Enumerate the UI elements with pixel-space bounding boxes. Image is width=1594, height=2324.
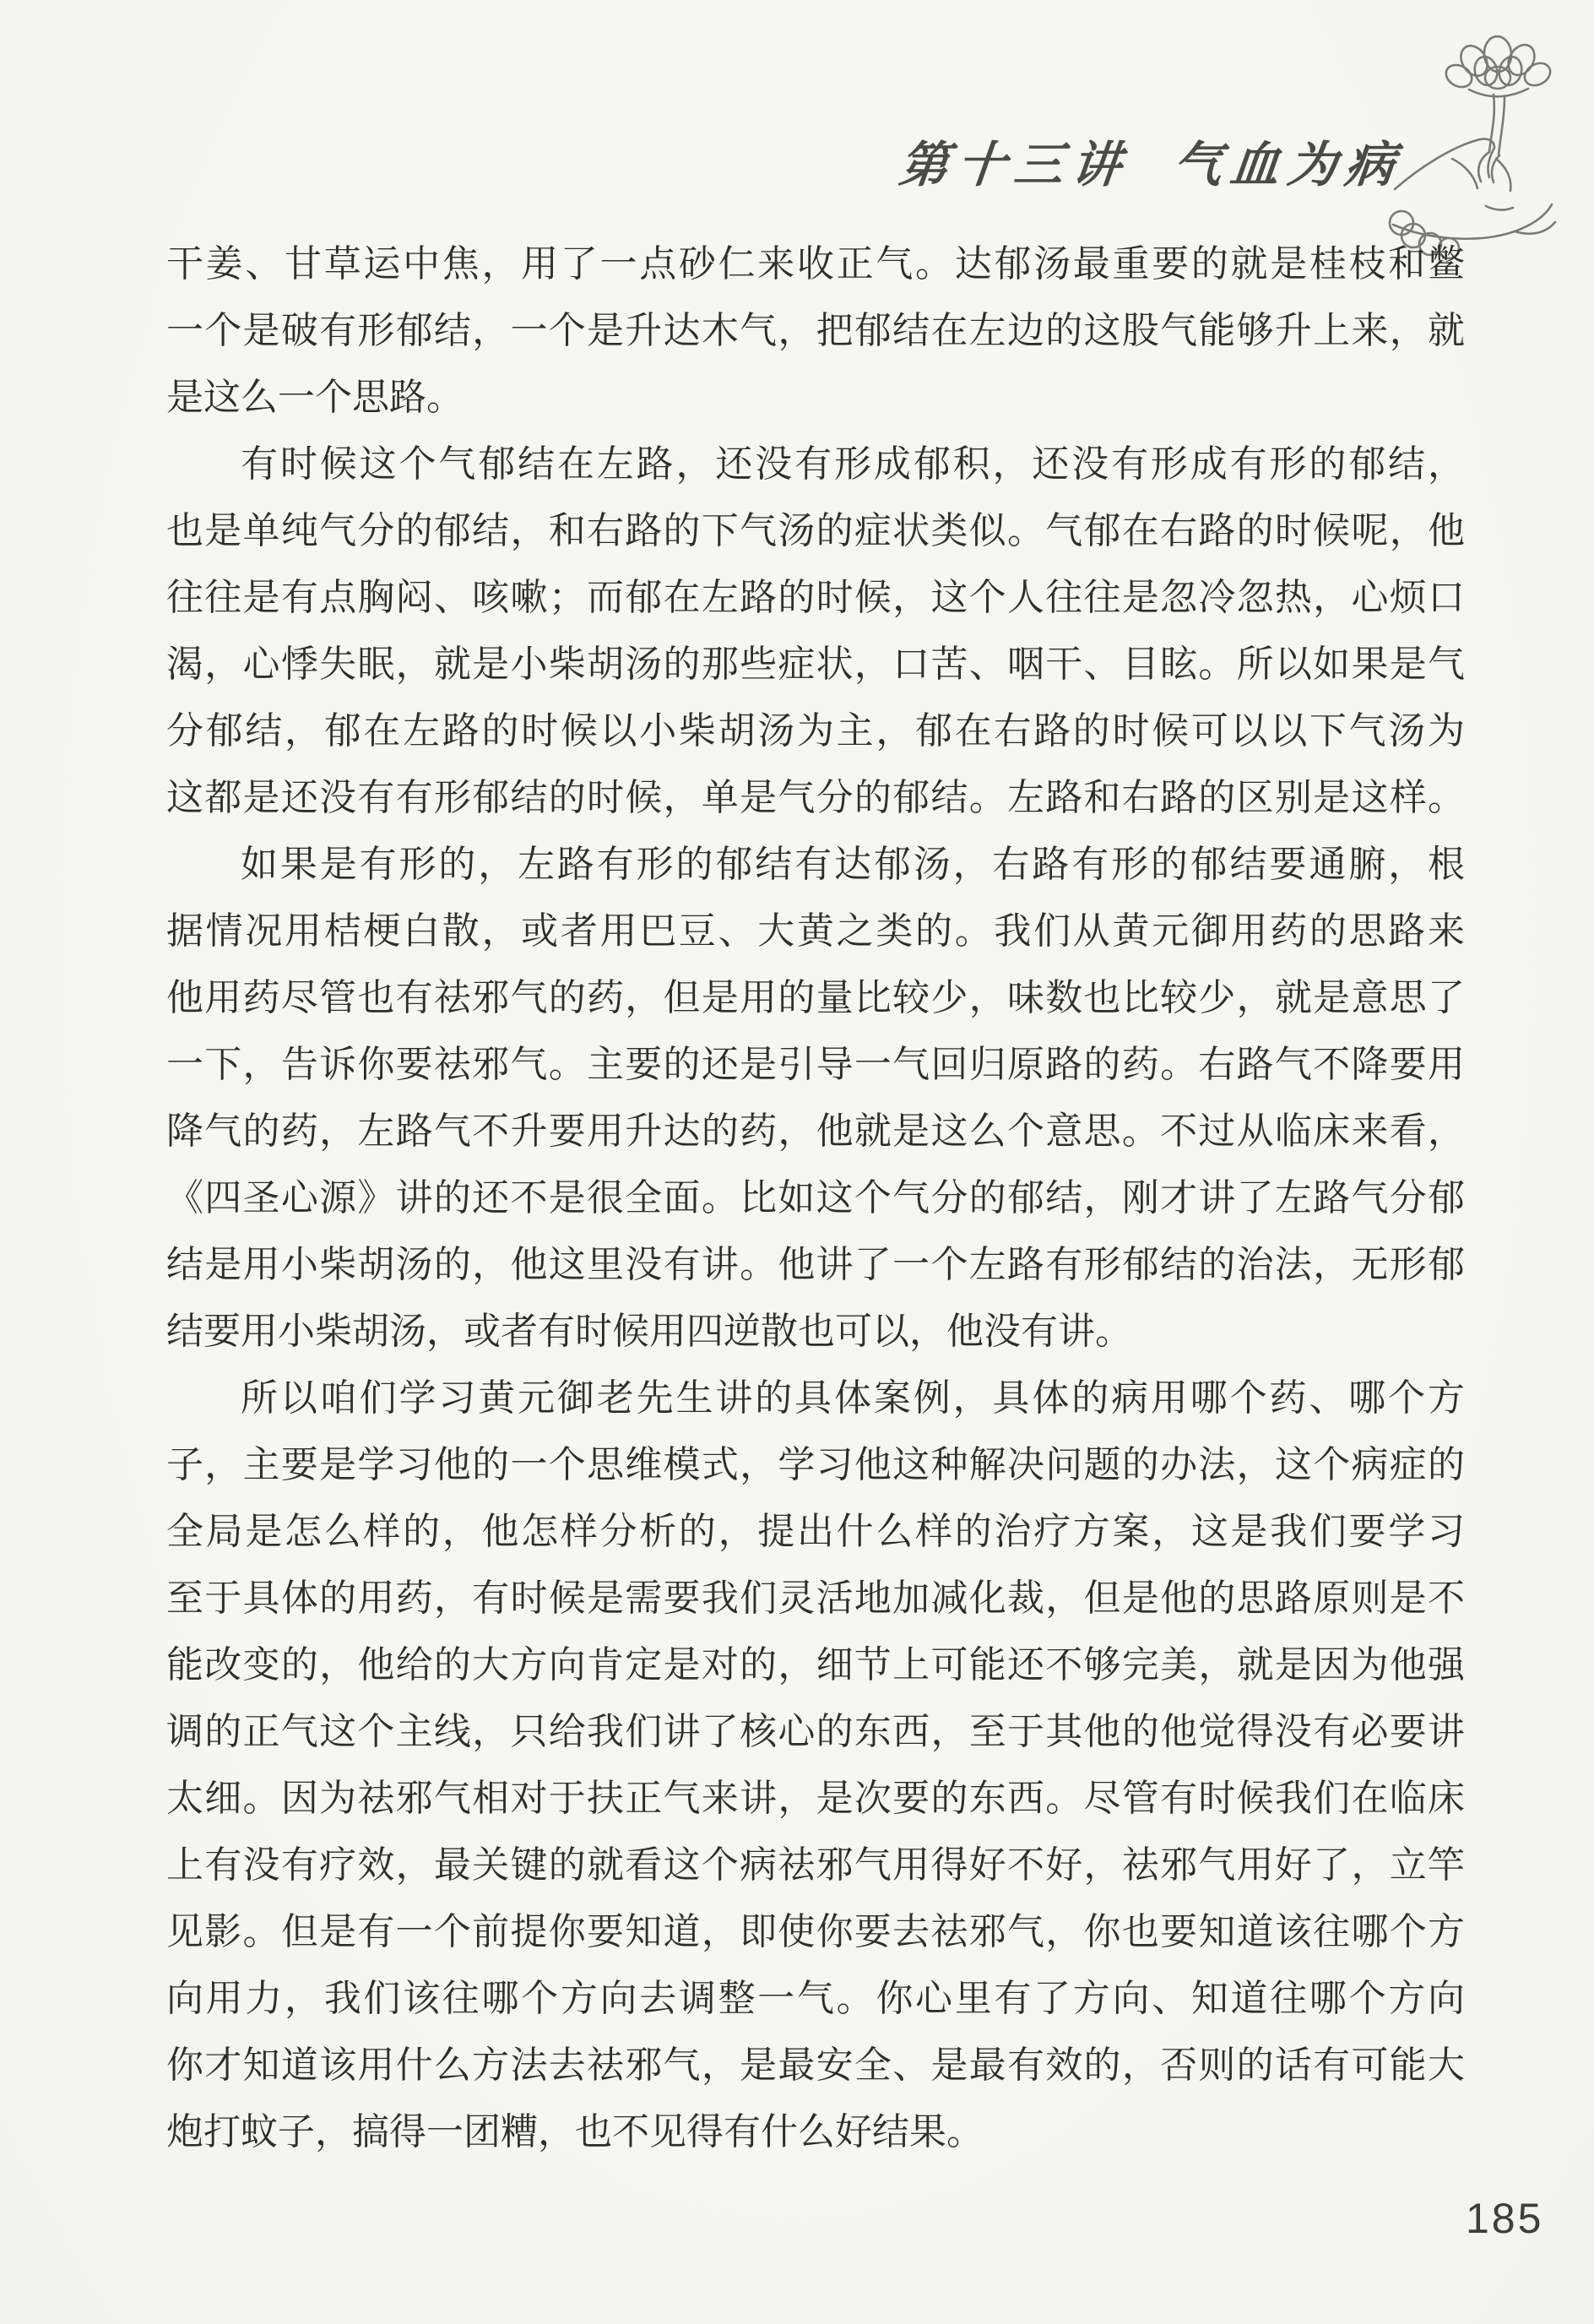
text-line: 一下，告诉你要祛邪气。主要的还是引导一气回归原路的药。右路气不降要用 <box>166 1031 1465 1098</box>
text-line: 结要用小柴胡汤，或者有时候用四逆散也可以，他没有讲。 <box>166 1298 1465 1365</box>
text-line: 是这么一个思路。 <box>166 364 1465 431</box>
text-line: 炮打蚊子，搞得一团糟，也不见得有什么好结果。 <box>166 2099 1465 2165</box>
text-line: 他用药尽管也有祛邪气的药，但是用的量比较少，味数也比较少，就是意思了 <box>166 964 1465 1031</box>
chapter-number-label: 第十三讲 <box>897 138 1132 193</box>
text-line: 至于具体的用药，有时候是需要我们灵活地加减化裁，但是他的思路原则是不 <box>166 1565 1465 1632</box>
text-line: 降气的药，左路气不升要用升达的药，他就是这么个意思。不过从临床来看， <box>166 1098 1465 1165</box>
text-line: 也是单纯气分的郁结，和右路的下气汤的症状类似。气郁在右路的时候呢，他 <box>166 497 1465 564</box>
lotus-flower-icon <box>1442 35 1554 96</box>
chapter-title: 气血为病 <box>1170 138 1406 193</box>
text-line: 据情况用桔梗白散，或者用巴豆、大黄之类的。我们从黄元御用药的思路来看， <box>166 898 1465 964</box>
text-line: 这都是还没有有形郁结的时候，单是气分的郁结。左路和右路的区别是这样。 <box>166 764 1465 831</box>
text-line: 结是用小柴胡汤的，他这里没有讲。他讲了一个左路有形郁结的治法，无形郁 <box>166 1231 1465 1298</box>
text-line: 分郁结，郁在左路的时候以小柴胡汤为主，郁在右路的时候可以以下气汤为主， <box>166 698 1465 764</box>
chapter-header: 第十三讲气血为病 <box>0 125 1407 196</box>
text-line: 渴，心悸失眠，就是小柴胡汤的那些症状，口苦、咽干、目眩。所以如果是气 <box>166 631 1465 698</box>
text-line: 太细。因为祛邪气相对于扶正气来讲，是次要的东西。尽管有时候我们在临床 <box>166 1765 1465 1832</box>
text-line: 调的正气这个主线，只给我们讲了核心的东西，至于其他的他觉得没有必要讲 <box>166 1698 1465 1765</box>
text-line: 如果是有形的，左路有形的郁结有达郁汤，右路有形的郁结要通腑，根 <box>166 831 1465 898</box>
text-line: 有时候这个气郁结在左路，还没有形成郁积，还没有形成有形的郁结， <box>166 431 1465 497</box>
text-line: 干姜、甘草运中焦，用了一点砂仁来收正气。达郁汤最重要的就是桂枝和鳖甲， <box>166 231 1465 297</box>
text-line: 上有没有疗效，最关键的就看这个病祛邪气用得好不好，祛邪气用好了，立竿 <box>166 1832 1465 1898</box>
text-line: 向用力，我们该往哪个方向去调整一气。你心里有了方向、知道往哪个方向走， <box>166 1965 1465 2032</box>
page-number: 185 <box>1466 2194 1543 2243</box>
text-line: 往往是有点胸闷、咳嗽；而郁在左路的时候，这个人往往是忽冷忽热，心烦口 <box>166 564 1465 631</box>
text-line: 一个是破有形郁结，一个是升达木气，把郁结在左边的这股气能够升上来，就 <box>166 297 1465 364</box>
text-line: 《四圣心源》讲的还不是很全面。比如这个气分的郁结，刚才讲了左路气分郁 <box>166 1165 1465 1231</box>
page-body-text: 干姜、甘草运中焦，用了一点砂仁来收正气。达郁汤最重要的就是桂枝和鳖甲， 一个是破… <box>166 231 1465 2165</box>
text-line: 你才知道该用什么方法去祛邪气，是最安全、是最有效的，否则的话有可能大 <box>166 2032 1465 2099</box>
text-line: 子，主要是学习他的一个思维模式，学习他这种解决问题的办法，这个病症的 <box>166 1431 1465 1498</box>
text-line: 所以咱们学习黄元御老先生讲的具体案例，具体的病用哪个药、哪个方 <box>166 1365 1465 1431</box>
text-line: 全局是怎么样的，他怎样分析的，提出什么样的治疗方案，这是我们要学习的。 <box>166 1498 1465 1565</box>
text-line: 见影。但是有一个前提你要知道，即使你要去祛邪气，你也要知道该往哪个方 <box>166 1898 1465 1965</box>
text-line: 能改变的，他给的大方向肯定是对的，细节上可能还不够完美，就是因为他强 <box>166 1632 1465 1698</box>
